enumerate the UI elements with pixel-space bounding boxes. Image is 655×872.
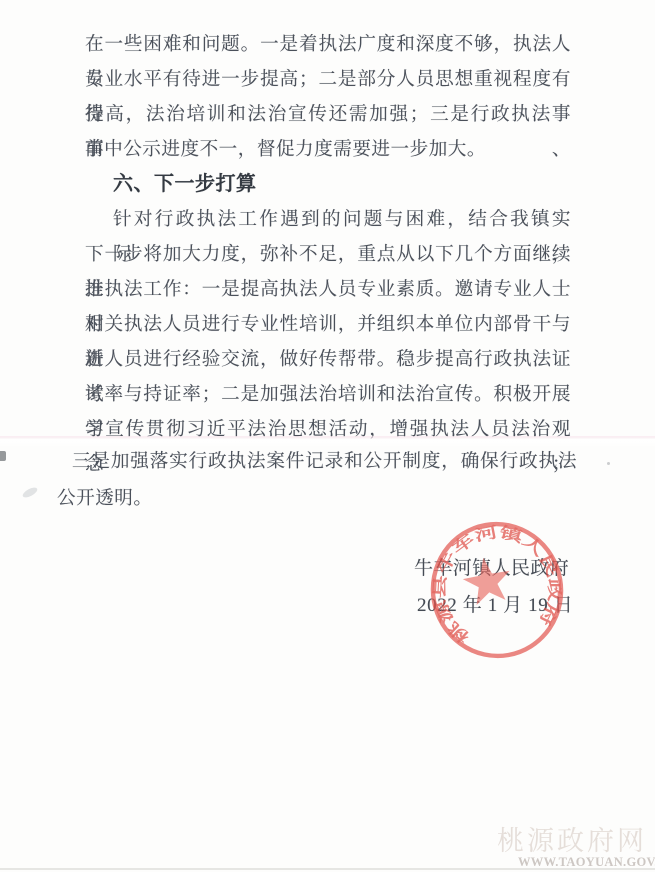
body-line: 进执法工作：一是提高执法人员专业素质。邀请专业人士对	[85, 272, 571, 307]
document-body: 在一些困难和问题。一是着执法广度和深度不够，执法人员 专业水平有待进一步提高；二…	[85, 27, 571, 447]
scan-artifact	[21, 486, 38, 500]
body-line: 试率与持证率；二是加强法治培训和法治宣传。积极开展学	[85, 377, 571, 412]
body-line: 针对行政执法工作遇到的问题与困难，结合我镇实际，	[85, 202, 571, 237]
body-line: 进人员进行经验交流，做好传帮带。稳步提高行政执法证考	[85, 342, 571, 377]
watermark-site-name: 桃源政府网	[497, 826, 647, 856]
body-line: 相关执法人员进行专业性培训，并组织本单位内部骨干与新	[85, 307, 571, 342]
body-line: 专业水平有待进一步提高；二是部分人员思想重视程度有待	[85, 62, 571, 97]
scan-artifact	[607, 462, 610, 465]
official-seal-graphic: 桃源县牛车河镇人民政府	[430, 520, 570, 665]
section-heading: 六、下一步打算	[85, 167, 571, 202]
body-line: 提高，法治培训和法治宣传还需加强；三是行政执法事前、	[85, 97, 571, 132]
scan-artifact	[0, 451, 6, 461]
body-line: 三是加强落实行政执法案件记录和公开制度，确保行政执法	[57, 443, 577, 480]
body-line: 在一些困难和问题。一是着执法广度和深度不够，执法人员	[85, 27, 571, 62]
star-icon	[460, 554, 515, 607]
document-page: 在一些困难和问题。一是着执法广度和深度不够，执法人员 专业水平有待进一步提高；二…	[0, 0, 655, 872]
document-body-lower: 三是加强落实行政执法案件记录和公开制度，确保行政执法 公开透明。	[57, 443, 577, 517]
body-line: 公开透明。	[57, 480, 577, 517]
body-line: 习宣传贯彻习近平法治思想活动，增强执法人员法治观念；	[85, 412, 571, 447]
body-line: 下一步将加大力度，弥补不足，重点从以下几个方面继续推	[85, 237, 571, 272]
page-bottom-edge	[0, 868, 655, 870]
official-seal: 桃源县牛车河镇人民政府	[430, 520, 570, 665]
